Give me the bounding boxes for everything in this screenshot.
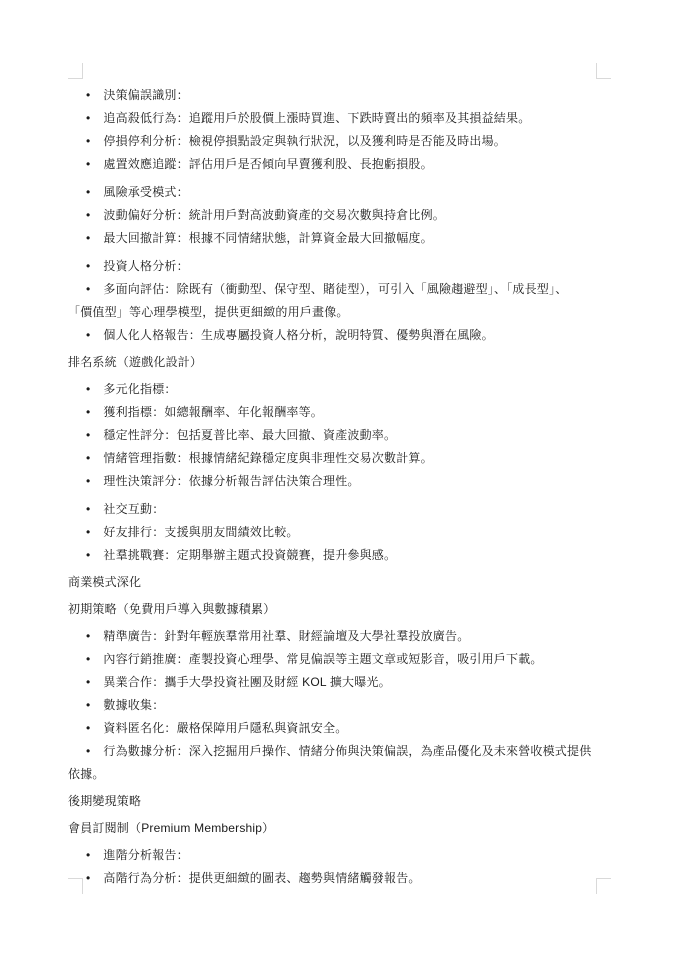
- bullet-icon: •: [86, 698, 90, 712]
- bullet-item: •社羣挑戰賽：定期舉辦主題式投資競賽，提升參與感。: [68, 544, 609, 567]
- bullet-item: •進階分析報告：: [68, 844, 609, 867]
- bullet-item-text: 好友排行：支援與朋友間績效比較。: [103, 525, 298, 539]
- bullet-item: •精準廣告：針對年輕族羣常用社羣、財經論壇及大學社羣投放廣告。: [68, 625, 609, 648]
- bullet-item-text: 行為數據分析：深入挖掘用戶操作、情緒分佈與決策偏誤，為產品優化及未來營收模式提供…: [68, 744, 591, 781]
- bullet-item: •好友排行：支援與朋友間績效比較。: [68, 521, 609, 544]
- section-heading: 後期變現策略: [68, 790, 609, 813]
- bullet-icon: •: [86, 848, 90, 862]
- bullet-item: •數據收集：: [68, 694, 609, 717]
- document-page: •決策偏誤識別： •追高殺低行為：追蹤用戶於股價上漲時買進、下跌時賣出的頻率及其…: [0, 0, 679, 960]
- section-heading: 會員訂閱制（Premium Membership）: [68, 817, 609, 840]
- bullet-item: •個人化人格報告：生成專屬投資人格分析，說明特質、優勢與潛在風險。: [68, 324, 609, 347]
- bullet-icon: •: [86, 652, 90, 666]
- bullet-icon: •: [86, 259, 90, 273]
- bullet-item-text: 精準廣告：針對年輕族羣常用社羣、財經論壇及大學社羣投放廣告。: [103, 629, 469, 643]
- bullet-item: •投資人格分析：: [68, 255, 609, 278]
- section-heading: 初期策略（免費用戶導入與數據積累）: [68, 598, 609, 621]
- bullet-item-text: 最大回撤計算：根據不同情緒狀態，計算資金最大回撤幅度。: [103, 231, 432, 245]
- bullet-item: •獲利指標：如總報酬率、年化報酬率等。: [68, 401, 609, 424]
- bullet-item-text: 決策偏誤識別：: [103, 88, 188, 102]
- bullet-item-text: 社交互動：: [103, 502, 164, 516]
- bullet-icon: •: [86, 134, 90, 148]
- bullet-item: •社交互動：: [68, 498, 609, 521]
- bullet-item-text: 內容行銷推廣：產製投資心理學、常見偏誤等主題文章或短影音，吸引用戶下載。: [103, 652, 542, 666]
- bullet-icon: •: [86, 525, 90, 539]
- bullet-icon: •: [86, 328, 90, 342]
- document-content: •決策偏誤識別： •追高殺低行為：追蹤用戶於股價上漲時買進、下跌時賣出的頻率及其…: [68, 84, 609, 890]
- bullet-item: •最大回撤計算：根據不同情緒狀態，計算資金最大回撤幅度。: [68, 227, 609, 250]
- bullet-icon: •: [86, 629, 90, 643]
- bullet-item: •理性決策評分：依據分析報告評估決策合理性。: [68, 470, 609, 493]
- bullet-icon: •: [86, 231, 90, 245]
- section-heading: 排名系統（遊戲化設計）: [68, 351, 609, 374]
- bullet-item: •情緒管理指數：根據情緒紀錄穩定度與非理性交易次數計算。: [68, 447, 609, 470]
- bullet-item: •高階行為分析：提供更細緻的圖表、趨勢與情緒觸發報告。: [68, 867, 609, 890]
- bullet-item-text: 投資人格分析：: [103, 259, 188, 273]
- bullet-item-text: 高階行為分析：提供更細緻的圖表、趨勢與情緒觸發報告。: [103, 871, 420, 885]
- bullet-icon: •: [86, 185, 90, 199]
- bullet-item-text: 多元化指標：: [103, 382, 176, 396]
- bullet-item-text: 風險承受模式：: [103, 185, 188, 199]
- bullet-item: •穩定性評分：包括夏普比率、最大回撤、資產波動率。: [68, 424, 609, 447]
- bullet-item: •異業合作：攜手大學投資社團及財經 KOL 擴大曝光。: [68, 671, 609, 694]
- bullet-item-text: 穩定性評分：包括夏普比率、最大回撤、資產波動率。: [103, 428, 396, 442]
- bullet-item: •資料匿名化：嚴格保障用戶隱私與資訊安全。: [68, 717, 609, 740]
- bullet-item: •多面向評估：除既有（衝動型、保守型、賭徒型），可引入「風險趨避型」、「成長型」…: [68, 278, 609, 324]
- bullet-icon: •: [86, 474, 90, 488]
- bullet-item-text: 情緒管理指數：根據情緒紀錄穩定度與非理性交易次數計算。: [103, 451, 432, 465]
- bullet-item: •決策偏誤識別：: [68, 84, 609, 107]
- bullet-icon: •: [86, 88, 90, 102]
- section-heading-text: 商業模式深化: [68, 575, 141, 589]
- bullet-item-text: 獲利指標：如總報酬率、年化報酬率等。: [103, 405, 323, 419]
- bullet-item-text: 資料匿名化：嚴格保障用戶隱私與資訊安全。: [103, 721, 347, 735]
- bullet-item: •波動偏好分析：統計用戶對高波動資產的交易次數與持倉比例。: [68, 204, 609, 227]
- bullet-item-text: 個人化人格報告：生成專屬投資人格分析，說明特質、優勢與潛在風險。: [103, 328, 493, 342]
- bullet-icon: •: [86, 111, 90, 125]
- bullet-item-text: 理性決策評分：依據分析報告評估決策合理性。: [103, 474, 359, 488]
- bullet-icon: •: [86, 405, 90, 419]
- bullet-icon: •: [86, 721, 90, 735]
- crop-mark-top-right: [596, 63, 611, 79]
- bullet-icon: •: [86, 451, 90, 465]
- bullet-item: •停損停利分析：檢視停損點設定與執行狀況，以及獲利時是否能及時出場。: [68, 130, 609, 153]
- bullet-icon: •: [86, 157, 90, 171]
- bullet-item-text: 波動偏好分析：統計用戶對高波動資產的交易次數與持倉比例。: [103, 208, 445, 222]
- bullet-icon: •: [86, 282, 90, 296]
- bullet-item-text: 停損停利分析：檢視停損點設定與執行狀況，以及獲利時是否能及時出場。: [103, 134, 506, 148]
- bullet-icon: •: [86, 675, 90, 689]
- crop-mark-top-left: [68, 63, 83, 79]
- bullet-icon: •: [86, 382, 90, 396]
- section-heading-text: 會員訂閱制（Premium Membership）: [68, 821, 274, 835]
- bullet-item: •風險承受模式：: [68, 181, 609, 204]
- section-heading-text: 初期策略（免費用戶導入與數據積累）: [68, 602, 275, 616]
- section-heading-text: 排名系統（遊戲化設計）: [68, 355, 202, 369]
- section-heading-text: 後期變現策略: [68, 794, 141, 808]
- bullet-icon: •: [86, 744, 90, 758]
- bullet-item-text: 處置效應追蹤：評估用戶是否傾向早賣獲利股、長抱虧損股。: [103, 157, 432, 171]
- bullet-icon: •: [86, 871, 90, 885]
- bullet-item-text: 多面向評估：除既有（衝動型、保守型、賭徒型），可引入「風險趨避型」、「成長型」、…: [68, 282, 567, 319]
- bullet-item-text: 社羣挑戰賽：定期舉辦主題式投資競賽，提升參與感。: [103, 548, 396, 562]
- bullet-icon: •: [86, 502, 90, 516]
- bullet-item-text: 異業合作：攜手大學投資社團及財經 KOL 擴大曝光。: [103, 675, 390, 689]
- bullet-item: •多元化指標：: [68, 378, 609, 401]
- bullet-icon: •: [86, 428, 90, 442]
- bullet-icon: •: [86, 208, 90, 222]
- section-heading: 商業模式深化: [68, 571, 609, 594]
- bullet-item-text: 追高殺低行為：追蹤用戶於股價上漲時買進、下跌時賣出的頻率及其損益結果。: [103, 111, 530, 125]
- bullet-item-text: 數據收集：: [103, 698, 164, 712]
- bullet-item-text: 進階分析報告：: [103, 848, 188, 862]
- bullet-item: •行為數據分析：深入挖掘用戶操作、情緒分佈與決策偏誤，為產品優化及未來營收模式提…: [68, 740, 609, 786]
- bullet-icon: •: [86, 548, 90, 562]
- bullet-item: •內容行銷推廣：產製投資心理學、常見偏誤等主題文章或短影音，吸引用戶下載。: [68, 648, 609, 671]
- bullet-item: •追高殺低行為：追蹤用戶於股價上漲時買進、下跌時賣出的頻率及其損益結果。: [68, 107, 609, 130]
- bullet-item: •處置效應追蹤：評估用戶是否傾向早賣獲利股、長抱虧損股。: [68, 153, 609, 176]
